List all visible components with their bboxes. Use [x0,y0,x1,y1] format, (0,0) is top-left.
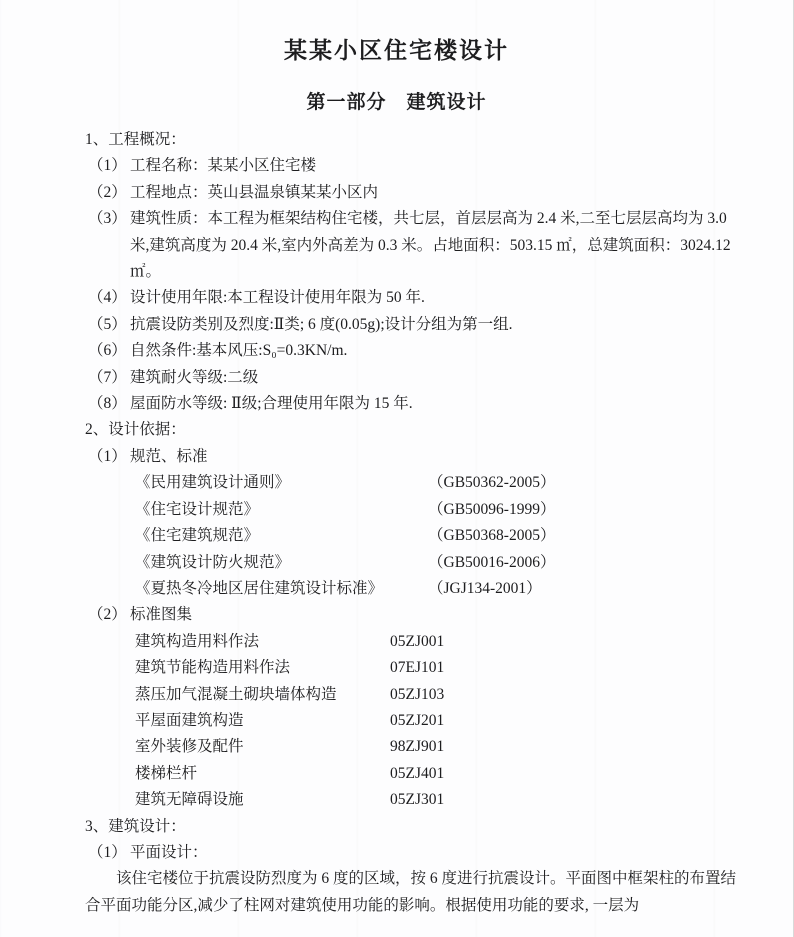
atlas-code: 07EJ101 [390,655,739,681]
item-number: （1） [88,840,130,866]
atlas-row: 建筑无障碍设施 05ZJ301 [85,787,739,813]
item-number: （3） [88,206,130,285]
atlas-row: 建筑节能构造用料作法 07EJ101 [85,655,739,681]
document-body: 1、工程概况： （1） 工程名称：某某小区住宅楼 （2） 工程地点：英山县温泉镇… [0,127,793,919]
atlas-row: 平屋面建筑构造 05ZJ201 [85,708,739,734]
item-number: （2） [88,602,130,628]
atlas-name: 室外装修及配件 [135,734,390,760]
atlas-name: 建筑构造用料作法 [135,629,390,655]
item-text: 自然条件:基本风压:S₀=0.3KN/m. [130,338,739,364]
standard-code: （GB50016-2006） [428,550,739,576]
standard-name: 《民用建筑设计通则》 [135,470,428,496]
item-text: 设计使用年限:本工程设计使用年限为 50 年. [130,285,739,311]
plane-design-paragraph: 该住宅楼位于抗震设防烈度为 6 度的区域，按 6 度进行抗震设计。平面图中框架柱… [85,866,739,919]
item-number: （4） [88,285,130,311]
list-item: （1） 平面设计： [85,840,739,866]
item-text: 工程地点：英山县温泉镇某某小区内 [130,180,739,206]
atlas-code: 05ZJ401 [390,761,739,787]
item-number: （5） [88,312,130,338]
standard-name: 《住宅设计规范》 [135,497,428,523]
item-number: （1） [88,444,130,470]
item-text: 建筑耐火等级:二级 [130,365,739,391]
document-page: 某某小区住宅楼设计 第一部分 建筑设计 1、工程概况： （1） 工程名称：某某小… [0,0,794,937]
atlas-row: 建筑构造用料作法 05ZJ001 [85,629,739,655]
item-number: （1） [88,153,130,179]
list-item: （3） 建筑性质：本工程为框架结构住宅楼，共七层，首层层高为 2.4 米,二至七… [85,206,739,285]
atlas-name: 蒸压加气混凝土砌块墙体构造 [135,682,390,708]
standard-row: 《建筑设计防火规范》 （GB50016-2006） [85,550,739,576]
item-number: （8） [88,391,130,417]
atlas-row: 室外装修及配件 98ZJ901 [85,734,739,760]
standard-row: 《夏热冬冷地区居住建筑设计标准》 （JGJ134-2001） [85,576,739,602]
section-1-heading: 1、工程概况： [85,127,739,153]
standard-code: （GB50096-1999） [428,497,739,523]
document-title: 某某小区住宅楼设计 [0,36,793,64]
atlas-code: 98ZJ901 [390,734,739,760]
atlas-name: 平屋面建筑构造 [135,708,390,734]
standard-code: （GB50362-2005） [428,470,739,496]
standard-name: 《夏热冬冷地区居住建筑设计标准》 [135,576,428,602]
atlas-code: 05ZJ301 [390,787,739,813]
list-item: （4） 设计使用年限:本工程设计使用年限为 50 年. [85,285,739,311]
item-number: （6） [88,338,130,364]
list-item: （6） 自然条件:基本风压:S₀=0.3KN/m. [85,338,739,364]
item-text: 标准图集 [130,602,739,628]
atlas-list: 建筑构造用料作法 05ZJ001 建筑节能构造用料作法 07EJ101 蒸压加气… [85,629,739,814]
section-2-heading: 2、设计依据： [85,417,739,443]
item-number: （7） [88,365,130,391]
section-3-heading: 3、建筑设计： [85,814,739,840]
standard-row: 《住宅建筑规范》 （GB50368-2005） [85,523,739,549]
list-item: （2） 标准图集 [85,602,739,628]
atlas-row: 蒸压加气混凝土砌块墙体构造 05ZJ103 [85,682,739,708]
list-item: （1） 工程名称：某某小区住宅楼 [85,153,739,179]
standards-list: 《民用建筑设计通则》 （GB50362-2005） 《住宅设计规范》 （GB50… [85,470,739,602]
item-text: 建筑性质：本工程为框架结构住宅楼，共七层，首层层高为 2.4 米,二至七层层高均… [130,206,739,285]
list-item: （2） 工程地点：英山县温泉镇某某小区内 [85,180,739,206]
atlas-code: 05ZJ103 [390,682,739,708]
list-item: （7） 建筑耐火等级:二级 [85,365,739,391]
atlas-code: 05ZJ001 [390,629,739,655]
list-item: （1） 规范、标准 [85,444,739,470]
part-heading: 第一部分 建筑设计 [0,91,793,115]
standard-code: （GB50368-2005） [428,523,739,549]
atlas-name: 建筑节能构造用料作法 [135,655,390,681]
standard-row: 《住宅设计规范》 （GB50096-1999） [85,497,739,523]
atlas-row: 楼梯栏杆 05ZJ401 [85,761,739,787]
item-text: 屋面防水等级: Ⅱ级;合理使用年限为 15 年. [130,391,739,417]
item-text: 工程名称：某某小区住宅楼 [130,153,739,179]
standard-row: 《民用建筑设计通则》 （GB50362-2005） [85,470,739,496]
standard-name: 《住宅建筑规范》 [135,523,428,549]
list-item: （5） 抗震设防类别及烈度:Ⅱ类; 6 度(0.05g);设计分组为第一组. [85,312,739,338]
list-item: （8） 屋面防水等级: Ⅱ级;合理使用年限为 15 年. [85,391,739,417]
item-text: 规范、标准 [130,444,739,470]
item-number: （2） [88,180,130,206]
item-text: 抗震设防类别及烈度:Ⅱ类; 6 度(0.05g);设计分组为第一组. [130,312,739,338]
standard-code: （JGJ134-2001） [428,576,739,602]
atlas-code: 05ZJ201 [390,708,739,734]
atlas-name: 楼梯栏杆 [135,761,390,787]
standard-name: 《建筑设计防火规范》 [135,550,428,576]
item-text: 平面设计： [130,840,739,866]
atlas-name: 建筑无障碍设施 [135,787,390,813]
